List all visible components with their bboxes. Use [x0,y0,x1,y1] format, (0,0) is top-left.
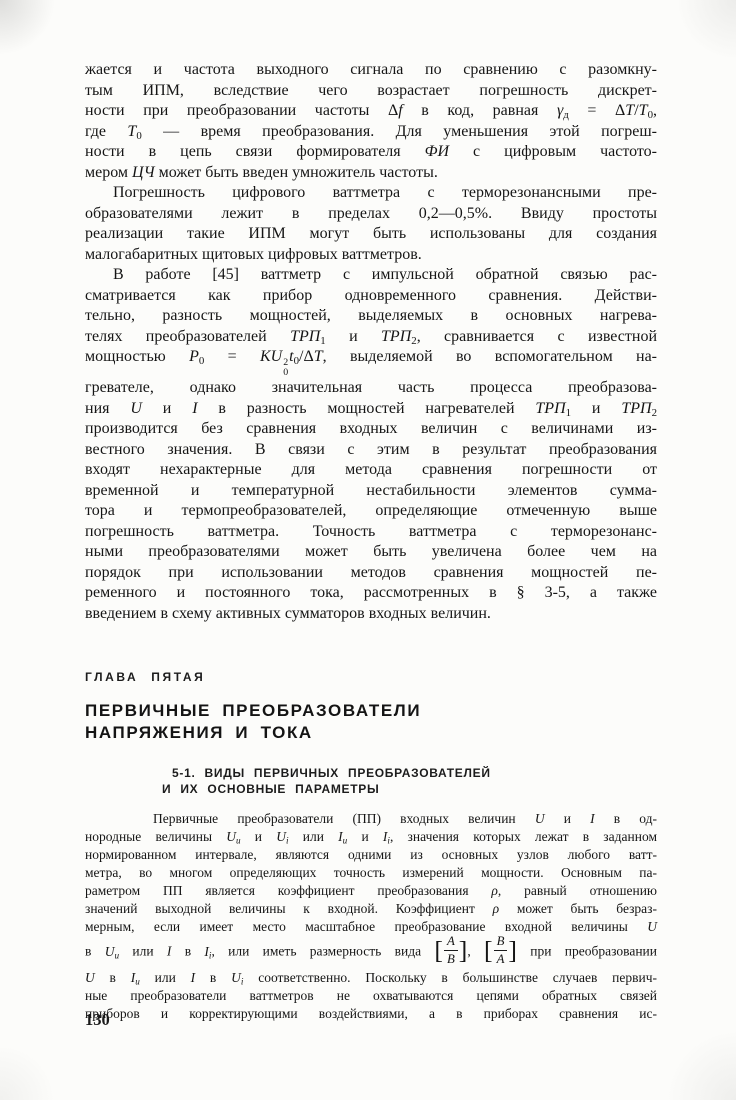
text-line: в Uu или I в Ii, или иметь размерность в… [85,936,657,969]
text-line: приборов и корректирующими воздействиями… [85,1005,657,1023]
text-line: ности в цепь связи формирователя ФИ с ци… [85,142,657,163]
chapter-kicker: ГЛАВА ПЯТАЯ [85,670,657,684]
text-line: погрешность ваттметра. Точность ваттметр… [85,522,657,543]
text-line: малогабаритных щитовых цифровых ваттметр… [85,245,657,266]
text-line: мерным, если имеет место масштабное прео… [85,918,657,936]
text-line: мощностью P0 = KU20t0/ΔT, выделяемой во … [85,347,657,378]
text-line: образователями лежит в пределах 0,2—0,5%… [85,204,657,225]
section-heading-line2: И ИХ ОСНОВНЫЕ ПАРАМЕТРЫ [85,782,657,798]
text-line: вестного значения. В связи с этим в резу… [85,440,657,461]
page-number: 130 [85,1010,110,1030]
text-line: сматривается как прибор одновременного с… [85,286,657,307]
text-line: ния U и I в разность мощностей нагревате… [85,399,657,420]
chapter-title-line1: ПЕРВИЧНЫЕ ПРЕОБРАЗОВАТЕЛИ [85,700,657,722]
chapter-title-line2: НАПРЯЖЕНИЯ И ТОКА [85,722,657,744]
text-line: тым ИПМ, вследствие чего возрастает погр… [85,81,657,102]
text-line: значений выходной величины к входной. Ко… [85,900,657,918]
text-line: реализации такие ИПМ могут быть использо… [85,224,657,245]
text-line: временной и температурной нестабильности… [85,481,657,502]
text-line: Погрешность цифрового ваттметра с термор… [85,183,657,204]
text-line: ные преобразователи ваттметров не охваты… [85,987,657,1005]
text-line: В работе [45] ваттметр с импульсной обра… [85,265,657,286]
paragraph-wattmeter-45: В работе [45] ваттметр с импульсной обра… [85,265,657,624]
text-line: ности при преобразовании частоты Δf в ко… [85,101,657,122]
book-page: жается и частота выходного сигнала по ср… [0,0,736,1100]
text-line: ременного и постоянного тока, рассмотрен… [85,583,657,604]
text-column: жается и частота выходного сигнала по ср… [85,60,657,1023]
text-line: входят нехарактерные для метода сравнени… [85,460,657,481]
text-line: нормированном интервале, являются одними… [85,846,657,864]
text-line: раметром ПП является коэффициент преобра… [85,882,657,900]
paragraph-accuracy: Погрешность цифрового ваттметра с термор… [85,183,657,265]
text-line: тора и термопреобразователей, определяющ… [85,501,657,522]
text-line: Первичные преобразователи (ПП) входных в… [85,810,657,828]
text-line: телях преобразователей ТРП1 и ТРП2, срав… [85,327,657,348]
text-line: введением в схему активных сумматоров вх… [85,604,657,625]
text-line: где T0 — время преобразования. Для умень… [85,122,657,143]
text-line: нородные величины Uu и Ui или Iu и Ii, з… [85,828,657,846]
paragraph-section-intro: Первичные преобразователи (ПП) входных в… [85,810,657,1023]
text-line: порядок при использовании методов сравне… [85,563,657,584]
text-line: производится без сравнения входных велич… [85,419,657,440]
paragraph-continuation: жается и частота выходного сигнала по ср… [85,60,657,183]
text-line: жается и частота выходного сигнала по ср… [85,60,657,81]
text-line: метра, во многом определяющих точность и… [85,864,657,882]
chapter-title: ПЕРВИЧНЫЕ ПРЕОБРАЗОВАТЕЛИ НАПРЯЖЕНИЯ И Т… [85,700,657,743]
text-line: ными преобразователями может быть увелич… [85,542,657,563]
text-line: гревателе, однако значительная часть про… [85,378,657,399]
text-line: тельно, разность мощностей, выделяемых в… [85,306,657,327]
text-line: мером ЦЧ может быть введен умножитель ча… [85,163,657,184]
section-heading-line1: 5-1. ВИДЫ ПЕРВИЧНЫХ ПРЕОБРАЗОВАТЕЛЕЙ [85,766,657,782]
section-heading: 5-1. ВИДЫ ПЕРВИЧНЫХ ПРЕОБРАЗОВАТЕЛЕЙ И И… [85,766,657,797]
text-line: U в Iu или I в Ui соответственно. Поскол… [85,969,657,987]
